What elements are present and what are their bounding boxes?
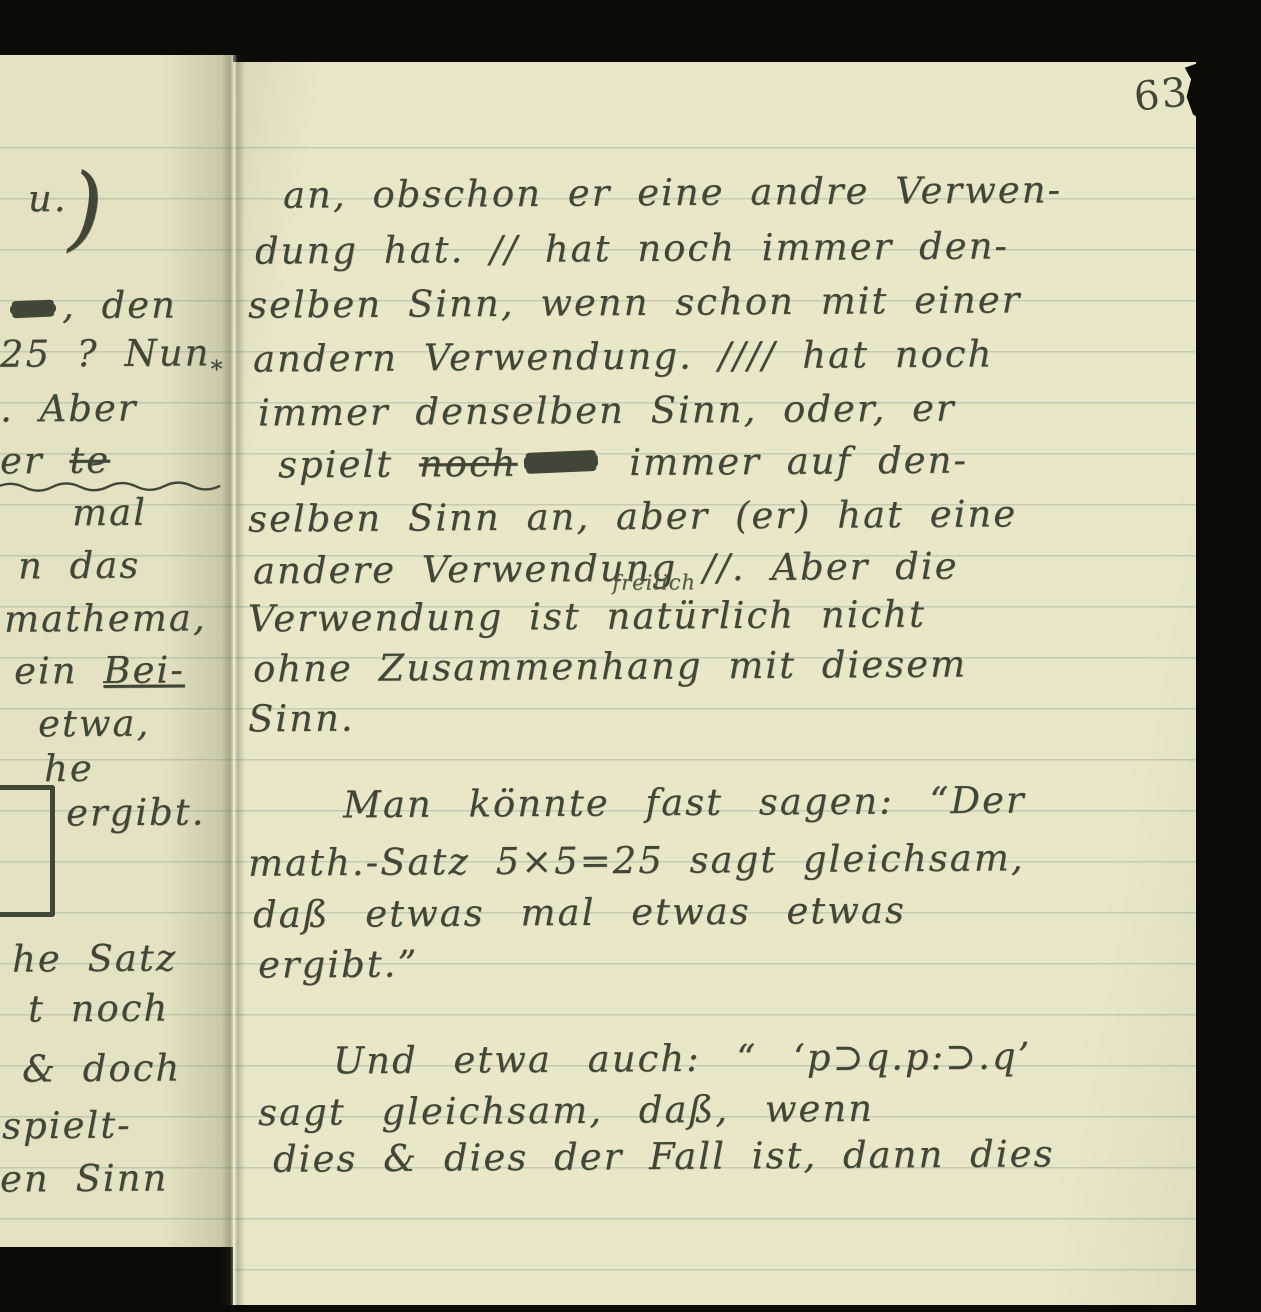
manuscript-line: selben Sinn an, aber (er) hat eine [248, 493, 1017, 541]
manuscript-line: immer denselben Sinn, oder, er [258, 388, 956, 435]
left-fragment: he Satz [12, 937, 178, 981]
underlined-word: Bei- [103, 648, 185, 692]
manuscript-line: spielt noch immer auf den- [278, 440, 968, 487]
large-paren-stroke: ) [67, 154, 104, 261]
manuscript-line: dung hat. // hat noch immer den- [255, 225, 1009, 273]
left-fragment: en Sinn [0, 1157, 168, 1201]
left-page: u.) , den 25 ? Nun* . Aber er te mal n d… [0, 55, 233, 1247]
left-fragment: ein Bei- [14, 649, 185, 693]
left-fragment: . Aber [0, 388, 138, 432]
left-fragment: n das [18, 545, 141, 588]
right-page: 63 an, obschon er eine andre Verwen- dun… [233, 62, 1196, 1305]
left-fragment: mal [72, 492, 147, 535]
manuscript-line: math.-Satz 5×5=25 sagt gleichsam, [248, 837, 1025, 885]
page-number: 63 [1132, 69, 1191, 120]
left-fragment: & doch [22, 1047, 182, 1091]
manuscript-line: an, obschon er eine andre Verwen- [283, 169, 1062, 217]
margin-bracket [0, 785, 55, 917]
crossed-out-word: noch [419, 442, 518, 486]
manuscript-line: selben Sinn, wenn schon mit einer [248, 279, 1022, 327]
left-fragment: etwa, [38, 703, 151, 746]
left-fragment: er te [0, 440, 110, 483]
manuscript-line: andern Verwendung. //// hat noch [253, 333, 994, 381]
left-fragment: spielt- [2, 1105, 132, 1148]
page-gutter-crease [221, 55, 245, 1305]
manuscript-line: Sinn. [248, 698, 355, 741]
manuscript-line: sagt gleichsam, daß, wenn [258, 1088, 874, 1135]
manuscript-line: dies & dies der Fall ist, dann dies [273, 1133, 1055, 1181]
manuscript-scan: u.) , den 25 ? Nun* . Aber er te mal n d… [0, 0, 1261, 1312]
left-fragment: ergibt. [66, 792, 206, 836]
left-fragment: t noch [28, 988, 170, 1032]
manuscript-line: daß etwas mal etwas etwas [253, 890, 906, 937]
left-fragment: , den [4, 284, 177, 328]
crossed-out-scribble [10, 302, 56, 315]
manuscript-line: ohne Zusammenhang mit diesem [253, 644, 967, 692]
manuscript-line: Und etwa auch: “ ‘p⊃q.p:⊃.q’ [333, 1036, 1032, 1083]
interlinear-insertion: freilich [612, 570, 696, 595]
manuscript-line: ergibt.” [258, 943, 419, 987]
left-fragment: mathema, [4, 597, 207, 641]
manuscript-line: andere Verwendung //. Aber die [253, 546, 959, 593]
crossed-out-word: te [69, 439, 110, 482]
crossed-out-scribble [523, 453, 598, 471]
left-fragment: 25 ? Nun* [0, 332, 223, 385]
manuscript-line: Verwendung ist freilichnatürlich nicht [248, 594, 926, 641]
manuscript-line: Man könnte fast sagen: “Der [343, 780, 1026, 827]
left-fragment: u.) [28, 155, 104, 261]
